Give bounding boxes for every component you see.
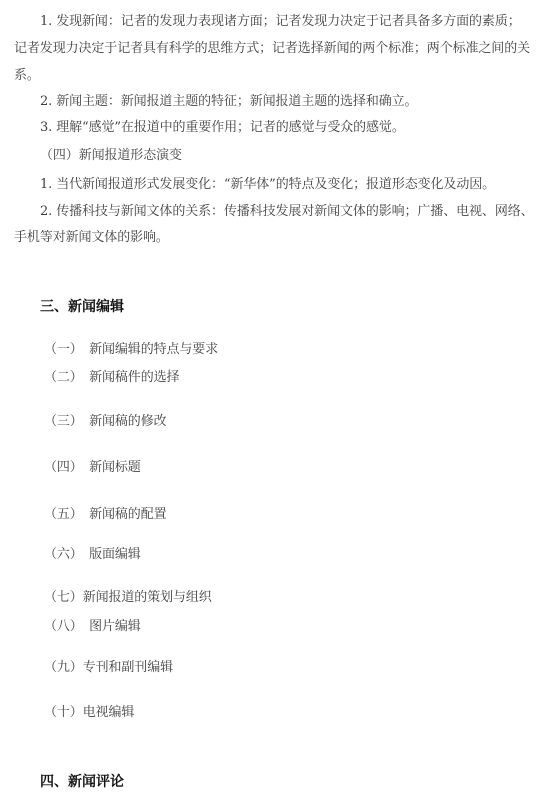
outline-item-2: （二） 新闻稿件的选择 (14, 364, 534, 391)
outline-item-6: （六） 版面编辑 (14, 541, 534, 568)
document-page: 1. 发现新闻：记者的发现力表现诸方面；记者发现力决定于记者具备多方面的素质； … (0, 0, 544, 801)
body-line-2: 记者发现力决定于记者具有科学的思维方式；记者选择新闻的两个标准；两个标准之间的关 (14, 35, 534, 62)
outline-item-9: （九）专刊和副刊编辑 (14, 654, 534, 681)
body-line-1: 1. 发现新闻：记者的发现力表现诸方面；记者发现力决定于记者具备多方面的素质； (14, 8, 534, 35)
outline-item-5: （五） 新闻稿的配置 (14, 501, 534, 528)
outline-item-1: （一） 新闻编辑的特点与要求 (14, 336, 534, 363)
body-line-4: 2. 新闻主题：新闻报道主题的特征；新闻报道主题的选择和确立。 (14, 88, 534, 115)
outline-item-3: （三） 新闻稿的修改 (14, 408, 534, 435)
section-heading-news-editing: 三、新闻编辑 (14, 294, 534, 321)
body-line-6: （四）新闻报道形态演变 (14, 142, 534, 169)
body-line-9: 手机等对新闻文体的影响。 (14, 224, 534, 251)
section-heading-news-commentary: 四、新闻评论 (14, 769, 534, 796)
outline-item-10: （十）电视编辑 (14, 699, 534, 726)
outline-item-8: （八） 图片编辑 (14, 613, 534, 640)
body-line-5: 3. 理解“感觉”在报道中的重要作用；记者的感觉与受众的感觉。 (14, 114, 534, 141)
outline-item-7: （七）新闻报道的策划与组织 (14, 584, 534, 611)
body-line-8: 2. 传播科技与新闻文体的关系：传播科技发展对新闻文体的影响；广播、电视、网络、 (14, 198, 534, 225)
body-line-7: 1. 当代新闻报道形式发展变化：“新华体”的特点及变化；报道形态变化及动因。 (14, 171, 534, 198)
body-line-3: 系。 (14, 62, 534, 89)
outline-item-4: （四） 新闻标题 (14, 454, 534, 481)
